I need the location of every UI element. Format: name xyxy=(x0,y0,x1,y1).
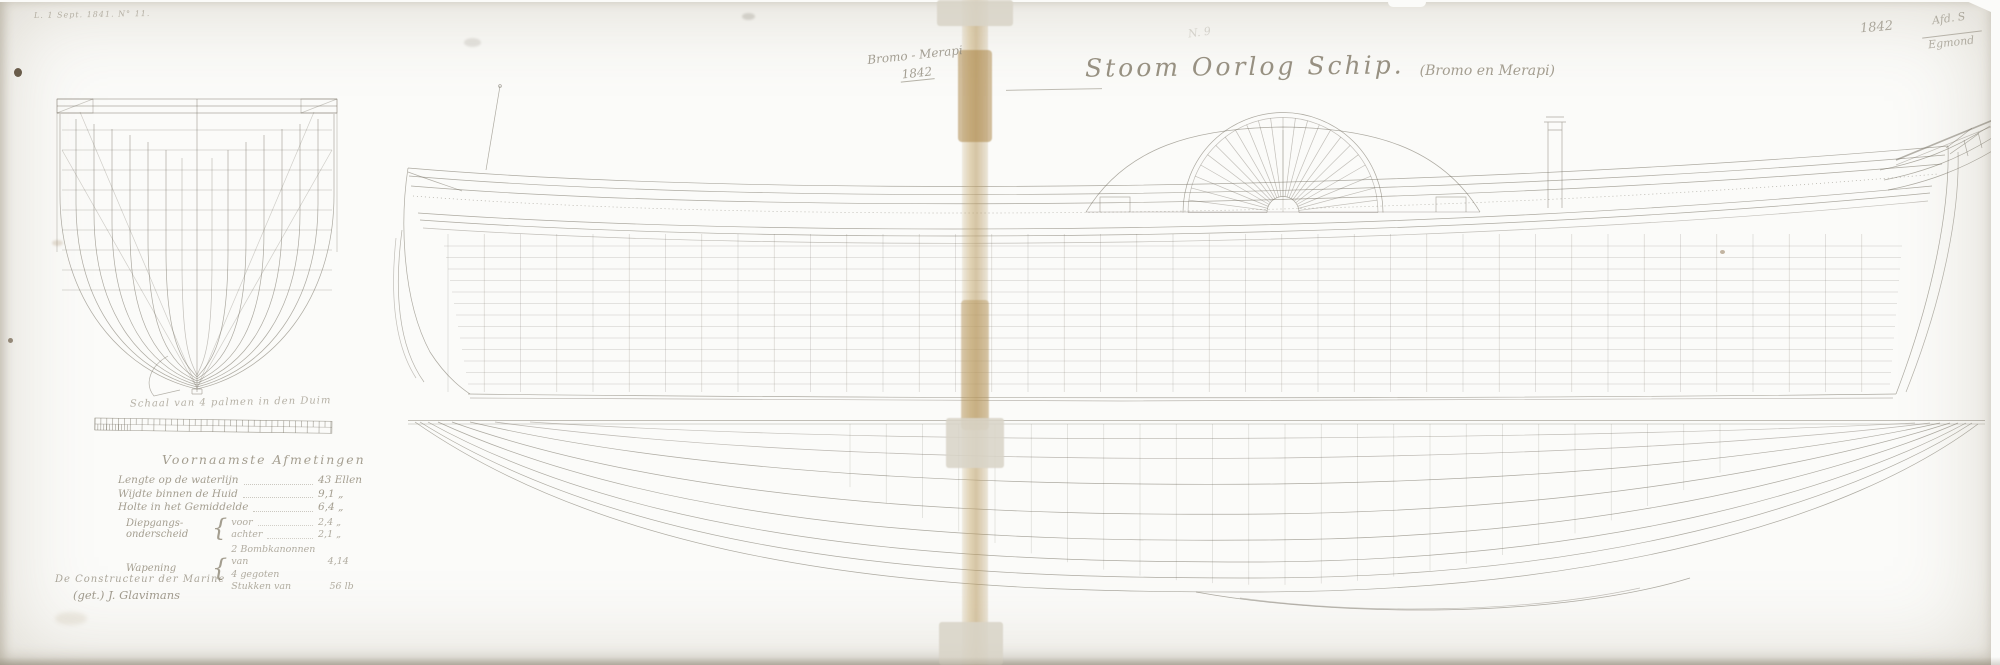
row-value: 9,1 „ xyxy=(318,488,374,502)
group-label: Wapening xyxy=(118,563,212,574)
group-label: Diepgangs-onderscheid xyxy=(118,518,212,540)
drawing-subtitle: (Bromo en Merapi) xyxy=(1420,63,1555,79)
row-label: Lengte op de waterlijn xyxy=(118,474,239,488)
row-value: 4,14 xyxy=(328,556,374,569)
dimensions-table: Voornaamste Afmetingen Lengte op de wate… xyxy=(118,452,374,594)
signature-title: De Constructeur der Marine xyxy=(55,574,225,585)
row-label: Wijdte binnen de Huid xyxy=(118,488,238,502)
row-value: 56 lb xyxy=(330,581,375,594)
smudge xyxy=(742,13,755,20)
figurehead xyxy=(1946,128,1978,154)
pencil-year-top-right: 1842 xyxy=(1859,19,1893,37)
ensign-staff xyxy=(486,86,500,170)
leader-dots xyxy=(243,497,313,498)
paddle-wheel xyxy=(1086,113,1480,213)
leader-dots xyxy=(253,511,313,512)
sternpost xyxy=(404,168,470,394)
funnel xyxy=(1544,117,1566,208)
table-row: achter 2,1 „ xyxy=(231,529,374,542)
table-row: 4 gegoten Stukken van 56 lb xyxy=(231,569,374,594)
smudge xyxy=(464,38,481,47)
stem xyxy=(1896,146,1948,394)
row-value: 43 Ellen xyxy=(318,474,374,488)
row-label: 2 Bombkanonnen van xyxy=(231,544,317,569)
body-plan-drawing xyxy=(57,99,337,396)
table-row: voor 2,4 „ xyxy=(231,517,374,530)
paper-edge-shadow xyxy=(0,657,2000,665)
foxing-spot xyxy=(1720,250,1725,254)
row-label: 4 gegoten Stukken van xyxy=(231,569,319,594)
paper-notch-top xyxy=(1388,0,1426,7)
tape-stain-mid xyxy=(961,300,989,430)
row-label: Holte in het Gemiddelde xyxy=(118,501,248,515)
table-row: 2 Bombkanonnen van 4,14 xyxy=(231,544,374,569)
leader-dots xyxy=(267,538,313,539)
row-value: 6,4 „ xyxy=(318,501,374,515)
table-group-draught: Diepgangs-onderscheid { voor 2,4 „ achte… xyxy=(118,517,374,542)
foxing-spot xyxy=(8,338,13,343)
row-value: 2,1 „ xyxy=(318,529,374,542)
tape-patch-top xyxy=(937,0,1013,26)
scan-edge-right xyxy=(1991,0,2000,665)
leader-dots xyxy=(244,484,313,485)
water-stain xyxy=(55,612,87,625)
sheer-plan-drawing xyxy=(393,85,1998,401)
scale-ruler-drawing xyxy=(95,418,332,433)
table-heading: Voornaamste Afmetingen xyxy=(162,452,374,467)
row-label: achter xyxy=(231,529,262,542)
title-block: Stoom Oorlog Schip. (Bromo en Merapi) xyxy=(1040,52,1600,81)
head-rails xyxy=(1880,126,1994,190)
rudder-profile xyxy=(149,356,180,396)
row-value: 2,4 „ xyxy=(318,517,374,530)
signature-block: De Constructeur der Marine (get.) J. Gla… xyxy=(55,574,225,602)
brace-glyph: { xyxy=(212,518,227,540)
row-label: voor xyxy=(231,517,252,530)
leader-dots xyxy=(258,525,313,526)
sponson-outline xyxy=(1196,578,1690,610)
bowsprit xyxy=(1896,118,1998,160)
smudge xyxy=(52,240,63,246)
tape-patch-middle xyxy=(946,418,1004,468)
drawing-title: Stoom Oorlog Schip. xyxy=(1085,50,1405,82)
table-row: Wijdte binnen de Huid 9,1 „ xyxy=(118,488,374,502)
scanned-sheet: L. 1 Sept. 1841. N° 11. Bromo - Merapi 1… xyxy=(0,0,2000,665)
pencil-year: 1842 xyxy=(899,64,935,83)
foxing-spot xyxy=(14,68,22,77)
table-row: Holte in het Gemiddelde 6,4 „ xyxy=(118,501,374,515)
signature-name: (get.) J. Glavimans xyxy=(73,588,225,602)
table-row: Lengte op de waterlijn 43 Ellen xyxy=(118,474,374,488)
half-breadth-plan-drawing xyxy=(408,421,1985,611)
